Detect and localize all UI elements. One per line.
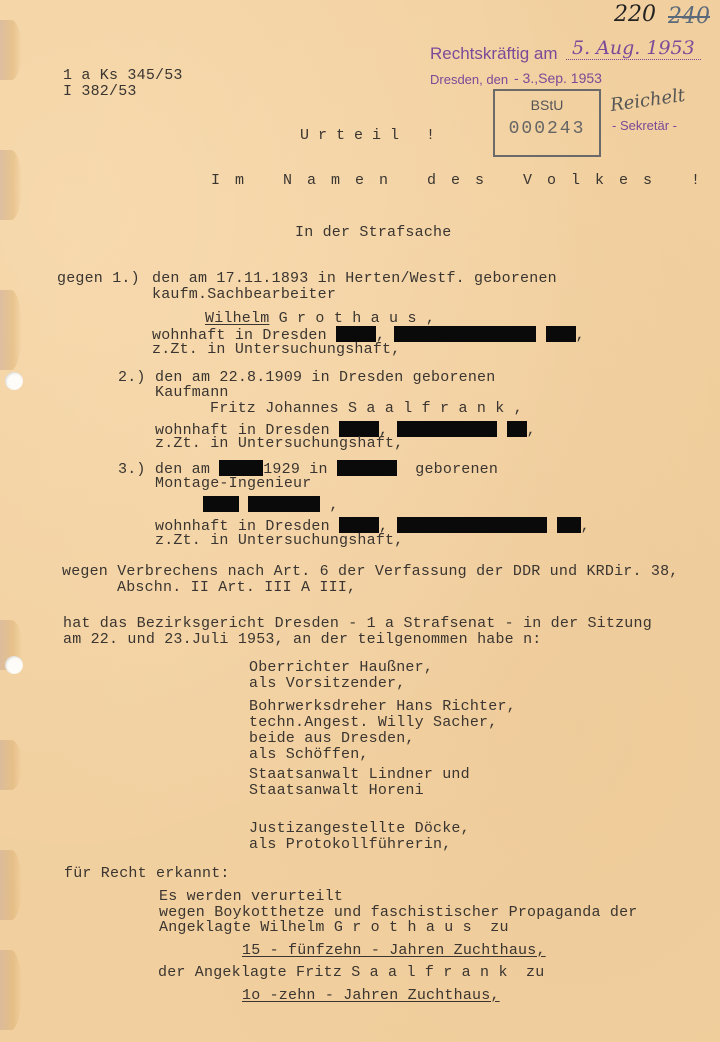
redaction — [337, 460, 397, 476]
paper-stain — [0, 850, 22, 920]
redaction — [219, 460, 263, 476]
case-number: I 382/53 — [63, 84, 137, 100]
defendant-2-custody: z.Zt. in Untersuchungshaft, — [155, 436, 403, 452]
participant-presiding-judge: Oberrichter Haußner, — [249, 660, 433, 676]
defendant-2-prefix: 2.) — [118, 370, 146, 386]
legal-force-date: 5. Aug. 1953 — [566, 37, 701, 60]
verdict-intro: für Recht erkannt: — [64, 866, 230, 882]
defendant-2-occupation: Kaufmann — [155, 385, 229, 401]
document-subtitle: Im Namen des Volkes ! — [211, 173, 715, 189]
participant-lay-judge-1: Bohrwerksdreher Hans Richter, — [249, 699, 516, 715]
paper-stain — [0, 950, 22, 1030]
defendant-1-first-name: Wilhelm — [205, 310, 269, 327]
participant-prosecutor-2: Staatsanwalt Horeni — [249, 783, 424, 799]
defendant-3-custody: z.Zt. in Untersuchungshaft, — [155, 533, 403, 549]
redaction — [339, 517, 379, 533]
document-title: Urteil ! — [300, 128, 444, 144]
paper-stain — [0, 740, 22, 790]
participant-clerk: Justizangestellte Döcke, — [249, 821, 470, 837]
archive-stamp-label: BStU — [495, 97, 599, 113]
verdict-line-1: Es werden verurteilt — [159, 889, 343, 905]
defendant-3-occupation: Montage-Ingenieur — [155, 476, 311, 492]
secretary-signature: Reichelt — [609, 85, 686, 116]
redaction — [397, 517, 547, 533]
defendant-1-name: Wilhelm G r o t h a u s , — [205, 311, 435, 327]
redaction — [248, 496, 320, 512]
sentence-2: 1o -zehn - Jahren Zuchthaus, — [242, 988, 500, 1004]
punch-hole — [5, 372, 23, 390]
defendant-1-occupation: kaufm.Sachbearbeiter — [152, 287, 336, 303]
dresden-date: - 3.,Sep. 1953 — [514, 70, 602, 86]
defendant-2-name: Fritz Johannes S a a l f r a n k , — [210, 401, 523, 417]
defendant-1-surname: G r o t h a u s , — [279, 310, 435, 327]
defendant-3-name: , — [203, 496, 339, 514]
paper-stain — [0, 20, 22, 80]
legal-force-stamp-label: Rechtskräftig am — [430, 44, 558, 64]
case-number: 1 a Ks 345/53 — [63, 68, 183, 84]
birth-suffix: geborenen — [415, 461, 498, 478]
paper-stain — [0, 290, 22, 370]
secretary-role: - Sekretär - — [612, 118, 677, 133]
participant-presiding-role: als Vorsitzender, — [249, 676, 405, 692]
dresden-date-label: Dresden, den — [430, 72, 508, 87]
redaction — [203, 496, 239, 512]
sentence-1: 15 - fünfzehn - Jahren Zuchthaus, — [242, 943, 546, 959]
charge-line-2: Abschn. II Art. III A III, — [117, 580, 356, 596]
page-number-struck: 240 — [668, 4, 710, 29]
defendant-2-surname: S a a l f r a n k , — [348, 400, 523, 417]
defendant-1-prefix: gegen 1.) — [57, 271, 140, 287]
redaction — [394, 326, 536, 342]
participant-prosecutor-1: Staatsanwalt Lindner und — [249, 767, 470, 783]
defendant-2-first-name: Fritz Johannes — [210, 400, 339, 417]
redaction — [336, 326, 376, 342]
defendant-3-prefix: 3.) — [118, 461, 146, 478]
paper-stain — [0, 150, 22, 220]
archive-stamp: BStU 000243 — [493, 89, 601, 157]
court-line-1: hat das Bezirksgericht Dresden - 1 a Str… — [63, 616, 652, 632]
participant-lay-judge-origin: beide aus Dresden, — [249, 731, 415, 747]
verdict-line-4: der Angeklagte Fritz S a a l f r a n k z… — [158, 965, 544, 981]
defendant-1-custody: z.Zt. in Untersuchungshaft, — [152, 342, 400, 358]
case-intro: In der Strafsache — [295, 225, 451, 241]
page-number-handwritten: 220 — [614, 2, 656, 27]
defendant-1-birth: den am 17.11.1893 in Herten/Westf. gebor… — [152, 271, 557, 287]
participant-lay-judge-role: als Schöffen, — [249, 747, 369, 763]
punch-hole — [5, 656, 23, 674]
redaction — [557, 517, 581, 533]
court-line-2: am 22. und 23.Juli 1953, an der teilgeno… — [63, 632, 541, 648]
participant-lay-judge-2: techn.Angest. Willy Sacher, — [249, 715, 497, 731]
redaction — [507, 421, 527, 437]
verdict-line-3: Angeklagte Wilhelm G r o t h a u s zu — [159, 920, 509, 936]
participant-clerk-role: als Protokollführerin, — [249, 837, 451, 853]
charge-line-1: wegen Verbrechens nach Art. 6 der Verfas… — [62, 564, 679, 580]
redaction — [546, 326, 576, 342]
archive-stamp-number: 000243 — [495, 119, 599, 139]
redaction — [397, 421, 497, 437]
